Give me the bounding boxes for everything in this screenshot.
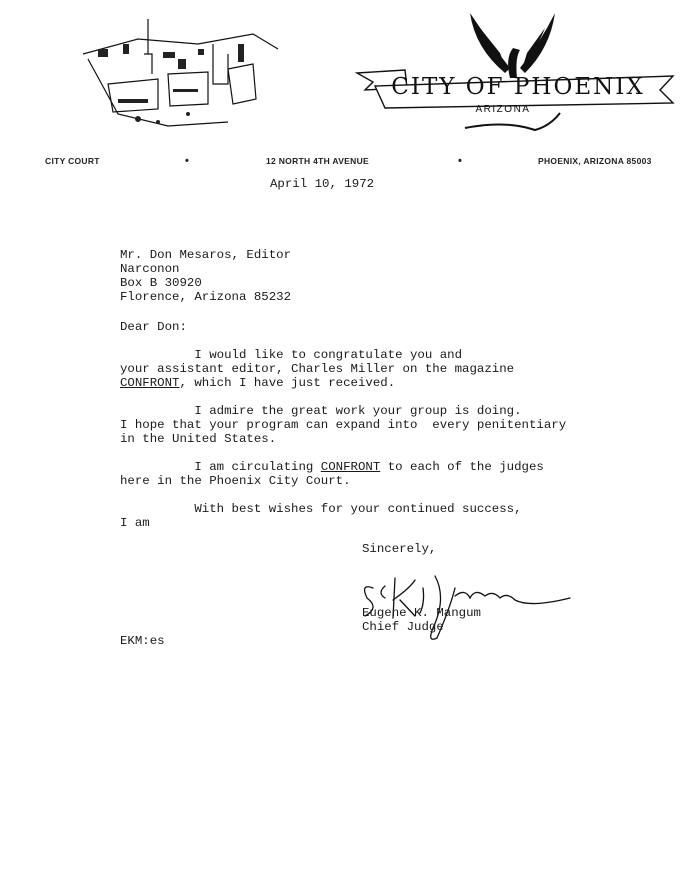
city-state-zip: PHOENIX, ARIZONA 85003 [538,156,652,166]
text-line: here in the Phoenix City Court. [120,474,351,488]
magazine-title: CONFRONT [120,376,180,390]
signer-title: Chief Judge [362,620,444,634]
department-label: CITY COURT [45,156,100,166]
text-line: I am [120,516,150,530]
city-skyline-illustration [78,14,283,134]
text-line: , which I have just received. [180,376,396,390]
text-line: I am circulating [120,460,321,474]
text-line: I would like to congratulate you and [120,348,462,362]
recipient-address: Mr. Don Mesaros, Editor Narconon Box B 3… [120,248,291,304]
paragraph-2: I admire the great work your group is do… [120,404,566,446]
paragraph-1: I would like to congratulate you and you… [120,348,514,390]
recipient-line: Box B 30920 [120,276,202,290]
magazine-title: CONFRONT [321,460,381,474]
reference-initials: EKM:es [120,634,165,648]
separator-dot: • [458,155,462,167]
letter-page: CITY OF PHOENIX ARIZONA CITY COURT • 12 … [0,0,700,894]
text-line: your assistant editor, Charles Miller on… [120,362,514,376]
recipient-line: Narconon [120,262,180,276]
recipient-line: Florence, Arizona 85232 [120,290,291,304]
separator-dot: • [185,155,189,167]
letterhead-address-line: CITY COURT • 12 NORTH 4TH AVENUE • PHOEN… [0,156,700,170]
text-line: to each of the judges [380,460,544,474]
text-line: I hope that your program can expand into… [120,418,566,432]
salutation: Dear Don: [120,320,187,334]
text-line: With best wishes for your continued succ… [120,502,522,516]
signer-name: Eugene K. Mangum [362,606,481,620]
recipient-line: Mr. Don Mesaros, Editor [120,248,291,262]
phoenix-bird-emblem [355,8,685,138]
text-line: in the United States. [120,432,276,446]
letter-date: April 10, 1972 [270,177,374,191]
street-address: 12 NORTH 4TH AVENUE [266,156,369,166]
closing: Sincerely, [362,542,436,556]
text-line: I admire the great work your group is do… [120,404,522,418]
paragraph-4: With best wishes for your continued succ… [120,502,522,530]
paragraph-3: I am circulating CONFRONT to each of the… [120,460,544,488]
banner-title: CITY OF PHOENIX [388,74,648,100]
banner-subtitle: ARIZONA [458,104,548,115]
